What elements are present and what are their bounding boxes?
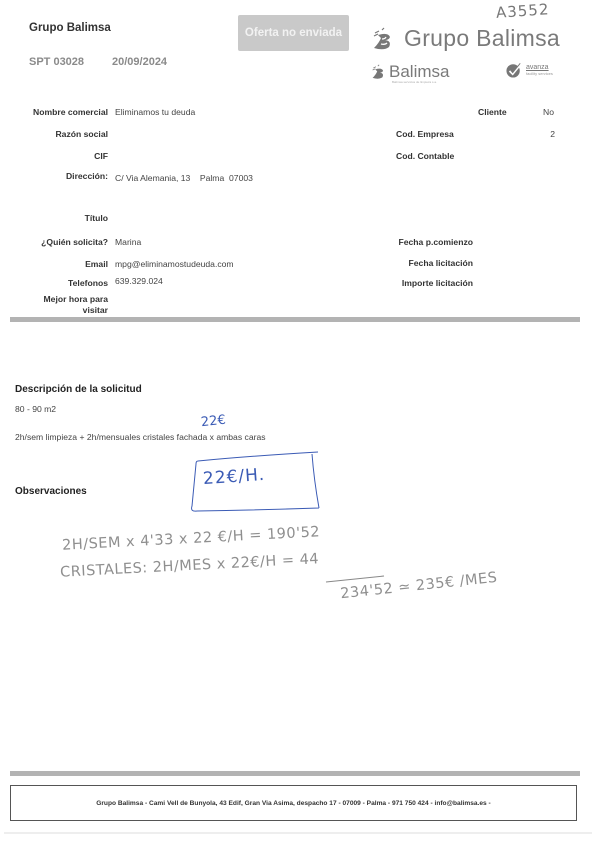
logo-secondary-text: Balimsa — [389, 62, 449, 82]
observations-title: Observaciones — [15, 486, 87, 497]
value-cod-empresa: 2 — [550, 129, 555, 139]
description-line-1: 80 - 90 m2 — [15, 404, 56, 414]
handwritten-calc-line-1: 2H/SEM x 4'33 x 22 €/H = 190'52 — [62, 524, 321, 553]
label-cliente: Cliente — [478, 107, 507, 117]
label-email: Email — [85, 259, 108, 269]
footer-box: Grupo Balimsa - Cami Vell de Bunyola, 43… — [10, 785, 577, 821]
label-titulo: Título — [85, 213, 108, 223]
value-email: mpg@eliminamostudeuda.com — [115, 259, 234, 269]
value-quien-solicita: Marina — [115, 237, 141, 247]
value-nombre-comercial: Eliminamos tu deuda — [115, 107, 195, 117]
section-divider — [10, 317, 580, 322]
label-mejor-hora-visitar: visitar — [83, 305, 108, 315]
avanza-tagline: facility services — [526, 72, 553, 76]
value-telefonos: 639.329.024 — [115, 276, 163, 286]
handwritten-calc-line-2: CRISTALES: 2H/MES x 22€/H = 44 — [60, 551, 320, 581]
document-number: SPT 03028 — [29, 56, 84, 68]
footer-divider — [10, 771, 580, 776]
page-bottom-edge — [4, 832, 592, 834]
label-nombre-comercial: Nombre comercial — [33, 107, 108, 117]
label-razon-social: Razón social — [55, 129, 108, 139]
logo-main-text: Grupo Balimsa — [404, 25, 560, 52]
logo-secondary-subtitle: Balimsa servicios de limpieza s.a. — [392, 80, 437, 84]
label-cod-contable: Cod. Contable — [396, 151, 454, 161]
label-mejor-hora: Mejor hora para — [44, 294, 108, 304]
company-name: Grupo Balimsa — [29, 22, 111, 34]
avanza-check-logo-icon — [505, 62, 523, 78]
handwritten-annotation-small: 22€ — [200, 413, 226, 431]
label-fecha-comienzo: Fecha p.comienzo — [399, 237, 474, 247]
document-date: 20/09/2024 — [112, 56, 167, 68]
balimsa-b-logo-icon — [370, 27, 396, 51]
description-title: Descripción de la solicitud — [15, 384, 142, 395]
label-telefonos: Telefonos — [68, 278, 108, 288]
avanza-logo: avanza facility services — [505, 62, 553, 78]
description-line-2: 2h/sem limpieza + 2h/mensuales cristales… — [15, 432, 266, 442]
label-importe-licitacion: Importe licitación — [402, 278, 473, 288]
label-quien-solicita: ¿Quién solicita? — [41, 237, 108, 247]
grupo-balimsa-logo: Grupo Balimsa — [370, 25, 560, 52]
footer-address: Grupo Balimsa - Cami Vell de Bunyola, 43… — [96, 800, 491, 807]
value-cliente: No — [543, 107, 554, 117]
offer-status-button[interactable]: Oferta no enviada — [238, 15, 349, 51]
label-cif: CIF — [94, 151, 108, 161]
handwritten-reference: A3552 — [495, 0, 550, 22]
value-direccion: C/ Via Alemania, 13 Palma 07003 — [115, 173, 253, 183]
balimsa-logo: Balimsa Balimsa servicios de limpieza s.… — [370, 62, 449, 82]
label-cod-empresa: Cod. Empresa — [396, 129, 454, 139]
label-fecha-licitacion: Fecha licitación — [409, 258, 473, 268]
balimsa-small-logo-icon — [370, 64, 387, 80]
label-direccion: Dirección: — [66, 171, 108, 181]
